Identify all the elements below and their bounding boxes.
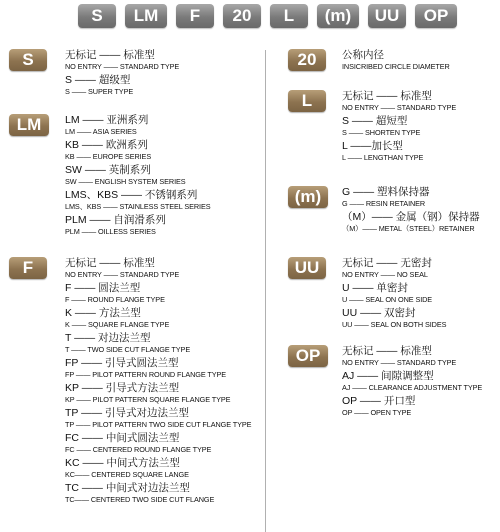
entry-en: （M）—— METAL（STEEL）RETAINER — [342, 224, 480, 234]
entry-zh: L ——加长型 — [342, 140, 456, 153]
code-chip-l: L — [270, 4, 308, 28]
section-uu-entries: 无标记 —— 无密封 NO ENTRY —— NO SEAL U —— 单密封 … — [342, 257, 446, 332]
code-chip-m: (m) — [317, 4, 359, 28]
entry-zh: OP —— 开口型 — [342, 395, 482, 408]
entry-en: INSICRIBED CIRCLE DIAMETER — [342, 62, 450, 72]
column-divider — [265, 50, 266, 532]
entry-en: G —— RESIN RETAINER — [342, 199, 480, 209]
entry: S —— 超短型 S —— SHORTEN TYPE — [342, 115, 456, 138]
entry: KB —— 欧洲系列 KB —— EUROPE SERIES — [65, 139, 211, 162]
entry: SW —— 英制系列 SW —— ENGLISH SYSTEM SERIES — [65, 164, 211, 187]
entry-en: NO ENTRY —— STANDARD TYPE — [65, 62, 179, 72]
entry-zh: TP —— 引导式对边法兰型 — [65, 407, 251, 420]
entry: FC —— 中间式圆法兰型 FC —— CENTERED ROUND FLANG… — [65, 432, 251, 455]
entry-en: FC —— CENTERED ROUND FLANGE TYPE — [65, 445, 251, 455]
entry: FP —— 引导式圆法兰型 FP —— PILOT PATTERN ROUND … — [65, 357, 251, 380]
entry-zh: S —— 超短型 — [342, 115, 456, 128]
entry-zh: （M）—— 金属（钢）保持器 — [342, 211, 480, 224]
entry: LMS、KBS —— 不锈钢系列 LMS、KBS —— STAINLESS ST… — [65, 189, 211, 212]
entry-en: OP —— OPEN TYPE — [342, 408, 482, 418]
entry: 无标记 —— 标准型 NO ENTRY —— STANDARD TYPE — [65, 49, 179, 72]
entry-zh: 无标记 —— 标准型 — [65, 257, 251, 270]
section-f-entries: 无标记 —— 标准型 NO ENTRY —— STANDARD TYPE F —… — [65, 257, 251, 507]
entry-zh: KP —— 引导式方法兰型 — [65, 382, 251, 395]
section-m-entries: G —— 塑料保持器 G —— RESIN RETAINER （M）—— 金属（… — [342, 186, 480, 236]
code-chip-op: OP — [415, 4, 457, 28]
entry-zh: TC —— 中间式对边法兰型 — [65, 482, 251, 495]
entry: （M）—— 金属（钢）保持器 （M）—— METAL（STEEL）RETAINE… — [342, 211, 480, 234]
badge-m: (m) — [288, 186, 328, 208]
entry: F —— 圆法兰型 F —— ROUND FLANGE TYPE — [65, 282, 251, 305]
entry-en: T —— TWO SIDE CUT FLANGE TYPE — [65, 345, 251, 355]
entry-zh: S —— 超级型 — [65, 74, 179, 87]
entry-zh: 无标记 —— 标准型 — [342, 345, 482, 358]
entry: OP —— 开口型 OP —— OPEN TYPE — [342, 395, 482, 418]
entry-zh: G —— 塑料保持器 — [342, 186, 480, 199]
entry: G —— 塑料保持器 G —— RESIN RETAINER — [342, 186, 480, 209]
entry-en: NO ENTRY —— STANDARD TYPE — [342, 103, 456, 113]
badge-op: OP — [288, 345, 328, 367]
entry-zh: T —— 对边法兰型 — [65, 332, 251, 345]
section-lm-entries: LM —— 亚洲系列 LM —— ASIA SERIES KB —— 欧洲系列 … — [65, 114, 211, 239]
section-20-entries: 公称内径 INSICRIBED CIRCLE DIAMETER — [342, 49, 450, 74]
badge-s: S — [9, 49, 47, 71]
entry: S —— 超级型 S —— SUPER TYPE — [65, 74, 179, 97]
entry-zh: FP —— 引导式圆法兰型 — [65, 357, 251, 370]
entry-zh: AJ —— 间隙调整型 — [342, 370, 482, 383]
entry-en: LM —— ASIA SERIES — [65, 127, 211, 137]
entry-en: SW —— ENGLISH SYSTEM SERIES — [65, 177, 211, 187]
badge-20: 20 — [288, 49, 326, 71]
entry-en: K —— SQUARE FLANGE TYPE — [65, 320, 251, 330]
section-l-entries: 无标记 —— 标准型 NO ENTRY —— STANDARD TYPE S —… — [342, 90, 456, 165]
entry-en: PLM —— OILLESS SERIES — [65, 227, 211, 237]
entry-en: FP —— PILOT PATTERN ROUND FLANGE TYPE — [65, 370, 251, 380]
section-s-entries: 无标记 —— 标准型 NO ENTRY —— STANDARD TYPE S —… — [65, 49, 179, 99]
entry: KC —— 中间式方法兰型 KC—— CENTERED SQUARE LANGE — [65, 457, 251, 480]
entry-zh: UU —— 双密封 — [342, 307, 446, 320]
entry-en: TC—— CENTERED TWO SIDE CUT FLANGE — [65, 495, 251, 505]
code-chip-f: F — [176, 4, 214, 28]
entry-zh: 公称内径 — [342, 49, 450, 62]
entry: 公称内径 INSICRIBED CIRCLE DIAMETER — [342, 49, 450, 72]
code-chip-20: 20 — [223, 4, 261, 28]
code-chip-uu: UU — [368, 4, 406, 28]
code-chip-s: S — [78, 4, 116, 28]
entry-en: AJ —— CLEARANCE ADJUSTMENT TYPE — [342, 383, 482, 393]
code-chip-lm: LM — [125, 4, 167, 28]
section-op-entries: 无标记 —— 标准型 NO ENTRY —— STANDARD TYPE AJ … — [342, 345, 482, 420]
entry-zh: 无标记 —— 无密封 — [342, 257, 446, 270]
entry-zh: U —— 单密封 — [342, 282, 446, 295]
entry-en: NO ENTRY —— STANDARD TYPE — [65, 270, 251, 280]
entry: 无标记 —— 标准型 NO ENTRY —— STANDARD TYPE — [342, 90, 456, 113]
part-number-code-bar: S LM F 20 L (m) UU OP — [78, 4, 457, 30]
entry: K —— 方法兰型 K —— SQUARE FLANGE TYPE — [65, 307, 251, 330]
badge-l: L — [288, 90, 326, 112]
entry-zh: KB —— 欧洲系列 — [65, 139, 211, 152]
entry-en: KC—— CENTERED SQUARE LANGE — [65, 470, 251, 480]
entry-zh: SW —— 英制系列 — [65, 164, 211, 177]
entry: L ——加长型 L —— LENGTHAN TYPE — [342, 140, 456, 163]
entry-en: NO ENTRY —— NO SEAL — [342, 270, 446, 280]
entry-zh: FC —— 中间式圆法兰型 — [65, 432, 251, 445]
entry: TC —— 中间式对边法兰型 TC—— CENTERED TWO SIDE CU… — [65, 482, 251, 505]
entry-zh: KC —— 中间式方法兰型 — [65, 457, 251, 470]
entry-en: TP —— PILOT PATTERN TWO SIDE CUT FLANGE … — [65, 420, 251, 430]
badge-f: F — [9, 257, 47, 279]
entry-zh: LMS、KBS —— 不锈钢系列 — [65, 189, 211, 202]
entry: U —— 单密封 U —— SEAL ON ONE SIDE — [342, 282, 446, 305]
entry-zh: 无标记 —— 标准型 — [342, 90, 456, 103]
entry: LM —— 亚洲系列 LM —— ASIA SERIES — [65, 114, 211, 137]
entry-en: KP —— PILOT PATTERN SQUARE FLANGE TYPE — [65, 395, 251, 405]
entry-en: NO ENTRY —— STANDARD TYPE — [342, 358, 482, 368]
entry: UU —— 双密封 UU —— SEAL ON BOTH SIDES — [342, 307, 446, 330]
entry-en: L —— LENGTHAN TYPE — [342, 153, 456, 163]
entry-zh: F —— 圆法兰型 — [65, 282, 251, 295]
entry-en: F —— ROUND FLANGE TYPE — [65, 295, 251, 305]
entry: AJ —— 间隙调整型 AJ —— CLEARANCE ADJUSTMENT T… — [342, 370, 482, 393]
entry: PLM —— 自润滑系列 PLM —— OILLESS SERIES — [65, 214, 211, 237]
badge-uu: UU — [288, 257, 326, 279]
entry: 无标记 —— 标准型 NO ENTRY —— STANDARD TYPE — [65, 257, 251, 280]
entry: T —— 对边法兰型 T —— TWO SIDE CUT FLANGE TYPE — [65, 332, 251, 355]
entry: KP —— 引导式方法兰型 KP —— PILOT PATTERN SQUARE… — [65, 382, 251, 405]
entry-en: UU —— SEAL ON BOTH SIDES — [342, 320, 446, 330]
entry: 无标记 —— 无密封 NO ENTRY —— NO SEAL — [342, 257, 446, 280]
entry-en: S —— SUPER TYPE — [65, 87, 179, 97]
entry-en: KB —— EUROPE SERIES — [65, 152, 211, 162]
entry-zh: PLM —— 自润滑系列 — [65, 214, 211, 227]
entry-zh: K —— 方法兰型 — [65, 307, 251, 320]
entry-zh: 无标记 —— 标准型 — [65, 49, 179, 62]
entry-en: LMS、KBS —— STAINLESS STEEL SERIES — [65, 202, 211, 212]
badge-lm: LM — [9, 114, 49, 136]
entry: 无标记 —— 标准型 NO ENTRY —— STANDARD TYPE — [342, 345, 482, 368]
entry-en: U —— SEAL ON ONE SIDE — [342, 295, 446, 305]
entry-zh: LM —— 亚洲系列 — [65, 114, 211, 127]
entry-en: S —— SHORTEN TYPE — [342, 128, 456, 138]
entry: TP —— 引导式对边法兰型 TP —— PILOT PATTERN TWO S… — [65, 407, 251, 430]
